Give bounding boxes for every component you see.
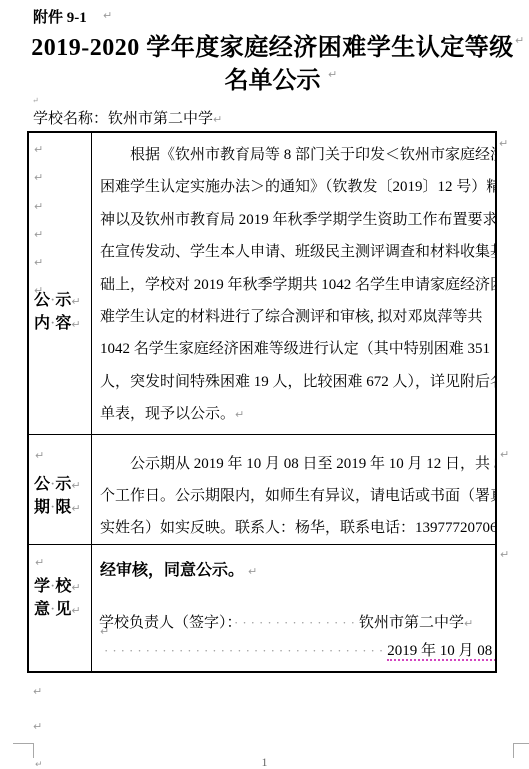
notice-content-line: 在宣传发动、学生本人申请、班级民主测评调查和材料收集基: [100, 236, 495, 268]
notice-period-line: 实姓名）如实反映。联系人：杨华，联系电话：13977720706↵: [100, 512, 495, 545]
notice-content-line: 人，突发时间特殊困难 19 人，比较困难 672 人），详见附后名: [100, 366, 495, 398]
row3-label: 学·校↵ 意·见↵: [34, 576, 81, 622]
approval-statement: 经审核，同意公示。 ↵: [100, 557, 257, 580]
school-name-line: 学校名称：钦州市第二中学↵: [33, 107, 222, 128]
row2-label: 公·示↵ 期·限↵: [34, 474, 81, 520]
row1-label-cell: ↵↵↵↵↵↵ 公·示↵ 内·容↵: [29, 133, 92, 435]
document-title-line1: 2019-2020 学年度家庭经济困难学生认定等级: [8, 27, 529, 62]
attachment-label: 附件 9-1: [33, 6, 87, 27]
paragraph-mark: ↵: [515, 34, 524, 47]
row2-label-cell: ↵ 公·示↵ 期·限↵: [29, 435, 92, 545]
document-title-line2: 名单公示: [8, 60, 529, 95]
paragraph-mark: ↵: [213, 113, 222, 126]
notice-period-line: 公示期从 2019 年 10 月 08 日至 2019 年 10 月 12 日，…: [100, 448, 495, 480]
footer-paragraph-mark: ↵: [35, 760, 43, 769]
empty-paragraph-mark: ↵: [35, 449, 44, 462]
paragraph-mark: ↵: [328, 68, 337, 81]
notice-period-line: 个工作日。公示期限内，如师生有异议，请电话或书面（署真: [100, 480, 495, 512]
notice-content-line: 单表，现予以公示。↵: [100, 398, 495, 431]
notice-table: ↵↵↵↵↵↵ 公·示↵ 内·容↵ 根据《钦州市教育局等 8 部门关于印发＜钦州市…: [27, 131, 497, 673]
notice-content-line: 础上，学校对 2019 年秋季学期共 1042 名学生申请家庭经济困: [100, 269, 495, 301]
signature-line: 学校负责人（签字）：···············钦州市第二中学↵: [99, 611, 473, 632]
school-opinion-cell: 经审核，同意公示。 ↵ ↵ 学校负责人（签字）：···············钦…: [92, 545, 495, 671]
row-end-mark: ↵: [500, 548, 509, 561]
space-marks: ··································: [104, 643, 387, 658]
signature-school-name: 钦州市第二中学: [359, 615, 464, 631]
notice-content-line: 困难学生认定实施办法＞的通知》（钦教发〔2019〕12 号）精: [100, 171, 495, 203]
empty-paragraph-mark: ↵: [35, 556, 44, 569]
row3-label-cell: ↵ 学·校↵ 意·见↵: [29, 545, 92, 671]
notice-period-cell: 公示期从 2019 年 10 月 08 日至 2019 年 10 月 12 日，…: [92, 435, 495, 545]
notice-content-line: 根据《钦州市教育局等 8 部门关于印发＜钦州市家庭经济: [100, 139, 495, 171]
school-name-text: 学校名称：钦州市第二中学: [33, 111, 213, 127]
notice-content-line: 1042 名学生家庭经济困难等级进行认定（其中特别困难 351: [100, 333, 495, 365]
notice-content-line: 难学生认定的材料进行了综合测评和审核, 拟对邓岚萍等共: [100, 301, 495, 333]
page-number: 1: [0, 755, 529, 769]
paragraph-mark: ↵: [103, 9, 112, 22]
signature-label: 学校负责人（签字）：: [99, 615, 234, 631]
notice-content-line: 神以及钦州市教育局 2019 年秋季学期学生资助工作布置要求，: [100, 204, 495, 236]
signature-date: 2019 年 10 月 08 日: [387, 643, 495, 661]
notice-content-cell: 根据《钦州市教育局等 8 部门关于印发＜钦州市家庭经济 困难学生认定实施办法＞的…: [92, 133, 495, 435]
row1-label: 公·示↵ 内·容↵: [34, 290, 81, 336]
empty-paragraph-mark: ↵: [32, 96, 39, 105]
space-marks: ···············: [234, 615, 359, 630]
signature-date-line: ··································2019 年…: [104, 639, 495, 660]
empty-paragraph-mark: ↵: [33, 720, 42, 733]
word-document-page: { "marks": { "pilcrow": "↵", "space_dot"…: [0, 0, 529, 769]
row-end-mark: ↵: [500, 448, 509, 461]
empty-paragraph-mark: ↵: [33, 685, 42, 698]
row-end-mark: ↵: [499, 137, 508, 150]
empty-paragraph-marks: ↵↵↵↵↵↵: [34, 136, 43, 306]
